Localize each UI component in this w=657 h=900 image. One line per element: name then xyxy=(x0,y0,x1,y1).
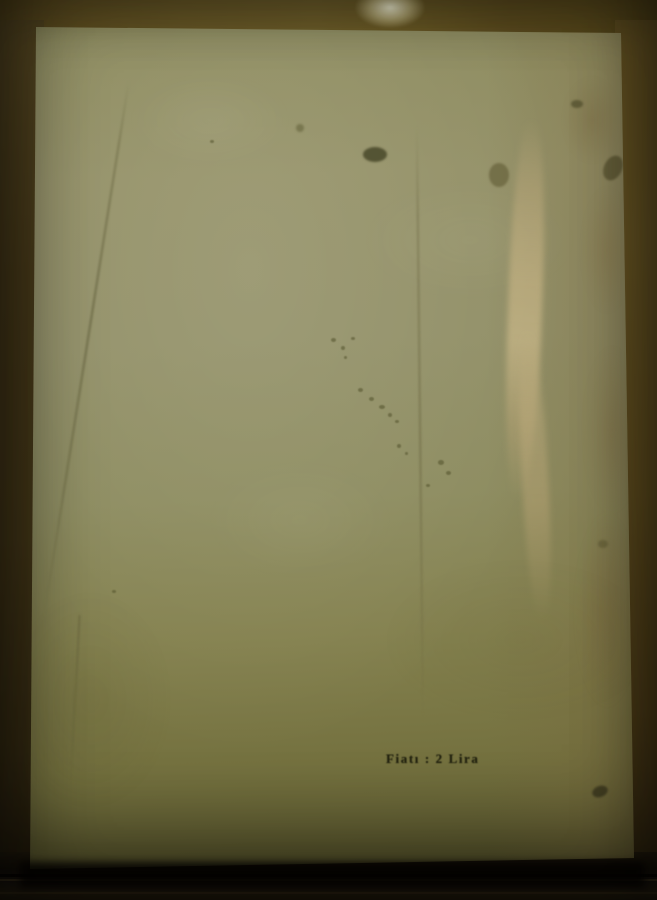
ink-speck xyxy=(351,337,355,340)
dark-blot xyxy=(489,163,509,187)
ink-speck xyxy=(210,140,214,143)
dark-blot xyxy=(363,147,387,162)
light-reflection xyxy=(355,0,425,28)
ink-speck xyxy=(344,356,347,359)
ink-speck xyxy=(388,413,392,417)
ink-speck xyxy=(438,460,444,465)
ink-speck xyxy=(395,420,399,423)
dark-blot xyxy=(296,124,304,132)
ink-speck xyxy=(405,452,408,455)
ink-speck xyxy=(112,590,116,593)
price-label: Fiatı : 2 Lira xyxy=(386,751,480,767)
ink-speck xyxy=(379,405,385,409)
booklet-back-cover: Fiatı : 2 Lira xyxy=(0,0,657,900)
photo-of-booklet-back-cover: Fiatı : 2 Lira xyxy=(0,0,657,900)
ink-speck xyxy=(446,471,451,475)
cast-shadow xyxy=(20,862,645,888)
ink-speck xyxy=(369,397,374,401)
ink-speck xyxy=(358,388,363,392)
ink-speck xyxy=(426,484,430,487)
ink-speck xyxy=(331,338,336,342)
dark-blot xyxy=(571,100,583,108)
ink-speck xyxy=(397,444,401,448)
wood-plank-edge xyxy=(0,892,657,894)
dark-blot xyxy=(598,540,608,548)
ink-speck xyxy=(341,346,345,350)
